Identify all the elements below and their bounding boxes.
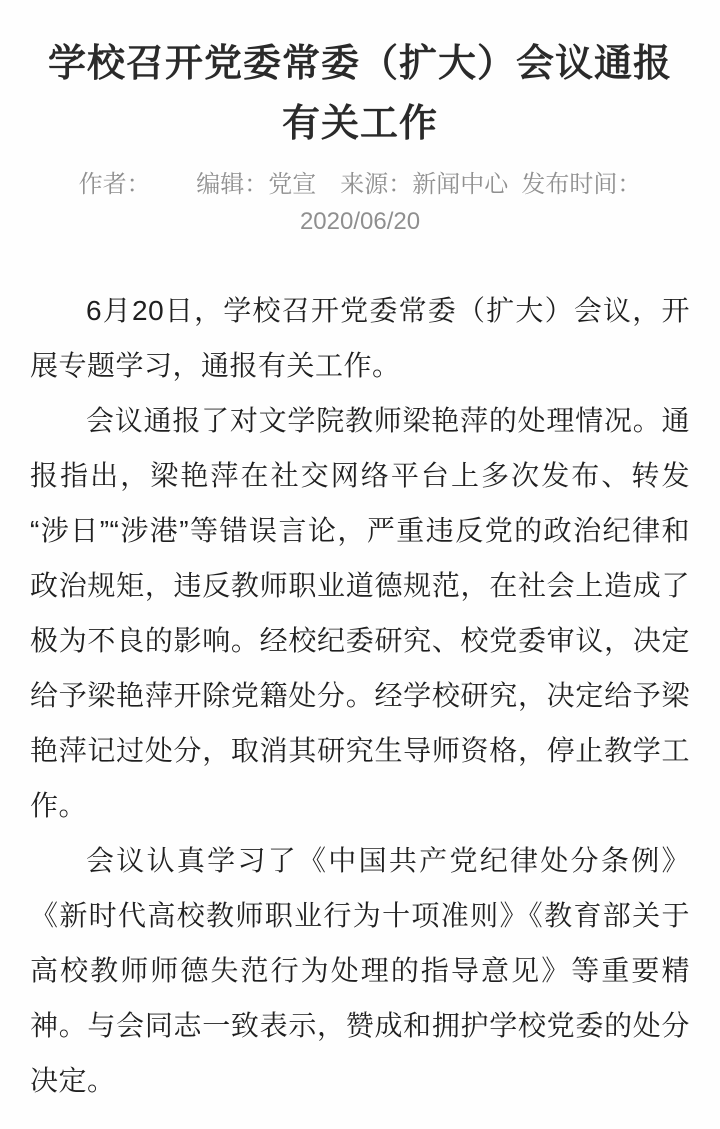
article-title: 学校召开党委常委（扩大）会议通报有关工作: [0, 0, 720, 154]
editor-label: 编辑：: [196, 171, 268, 198]
source-value: 新闻中心: [412, 171, 508, 198]
paragraph-3: 会议认真学习了《中国共产党纪律处分条例》《新时代高校教师职业行为十项准则》《教育…: [30, 833, 690, 1108]
author-label: 作者：: [79, 171, 151, 198]
publish-time-value: 2020/06/20: [300, 208, 420, 235]
paragraph-1: 6月20日，学校召开党委常委（扩大）会议，开展专题学习，通报有关工作。: [30, 283, 690, 393]
meta-publish-time-label: 发布时间：: [521, 171, 641, 198]
source-label: 来源：: [340, 171, 412, 198]
article-page: 学校召开党委常委（扩大）会议通报有关工作 作者：编辑：党宣来源：新闻中心发布时间…: [0, 0, 720, 1129]
meta-editor: 编辑：党宣: [196, 171, 316, 198]
editor-value: 党宣: [268, 171, 316, 198]
publish-time-label: 发布时间：: [521, 171, 641, 198]
paragraph-2: 会议通报了对文学院教师梁艳萍的处理情况。通报指出，梁艳萍在社交网络平台上多次发布…: [30, 393, 690, 833]
meta-source: 来源：新闻中心: [340, 171, 508, 198]
meta-author: 作者：: [79, 171, 151, 198]
article-meta: 作者：编辑：党宣来源：新闻中心发布时间：2020/06/20: [0, 166, 720, 240]
article-body: 6月20日，学校召开党委常委（扩大）会议，开展专题学习，通报有关工作。 会议通报…: [0, 283, 720, 1108]
